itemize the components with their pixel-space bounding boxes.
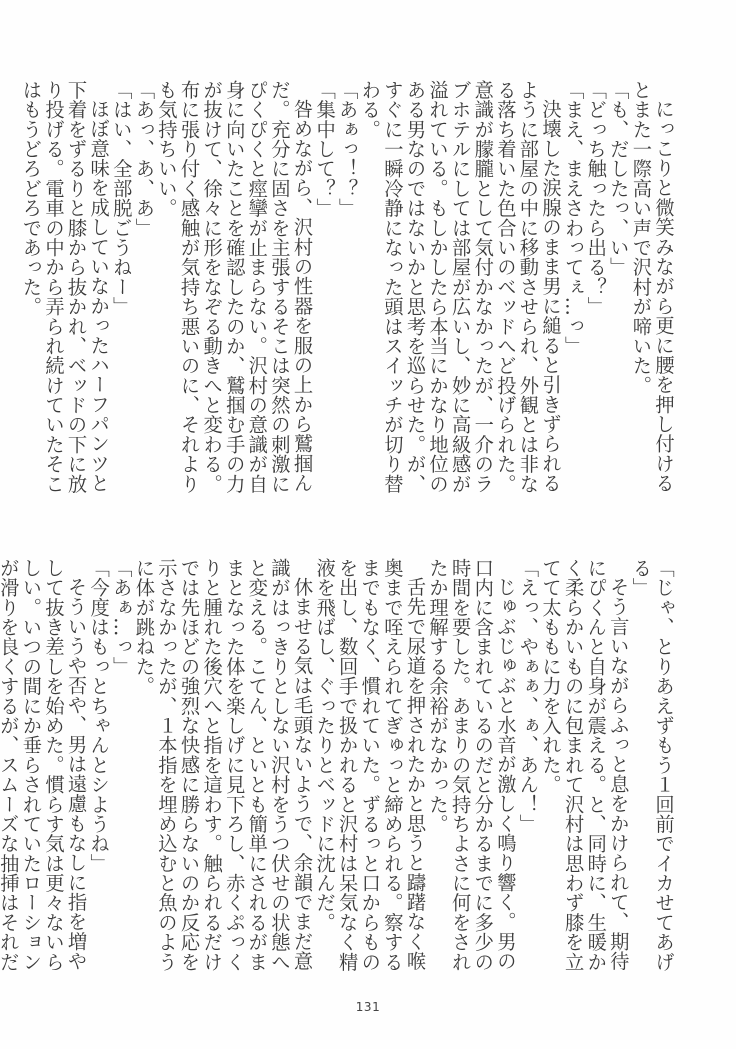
- text-block-top: にっこりと微笑みながら更に腰を押し付けるとまた一際高い声で沢村が啼いた。 「も、…: [84, 80, 674, 510]
- dialogue-line: 「あぁ…っ」: [109, 558, 132, 988]
- dialogue-line: 「どっち触ったら出る？」: [584, 80, 607, 510]
- paragraph: じゅぶじゅぶと水音が激しく鳴り響く。男の口内に含まれているのだと分かるまでに多少…: [425, 558, 515, 988]
- paragraph: 決壊した涙腺のまま男に縋ると引きずられるように部屋の中に移動させられ、外観とは非…: [358, 80, 561, 510]
- text-block-bottom: 「じゃ、とりあえずもう１回前でイカせてあげる」 そう言いながらふっと息をかけられ…: [84, 558, 674, 988]
- dialogue-line: 「あぁっ！？」: [335, 80, 358, 510]
- dialogue-line: 「も、だしたっ、い」: [606, 80, 629, 510]
- dialogue-line: 「まえ、まえさわってぇ…っ」: [561, 80, 584, 510]
- dialogue-line: 「はい、全部脱ごうねー」: [109, 80, 132, 510]
- paragraph: 舌先で尿道を押されたかと思うと躊躇なく喉奥まで咥えられてぎゅっと締められる。察す…: [313, 558, 426, 988]
- book-page: にっこりと微笑みながら更に腰を押し付けるとまた一際高い声で沢村が啼いた。 「も、…: [0, 0, 736, 1049]
- dialogue-line: 「集中して？」: [313, 80, 336, 510]
- paragraph: そういうや否や、男は遠慮もなしに指を増やして抜き差しを始めた。慣らす気は更々ない…: [0, 558, 87, 988]
- paragraph: 休ませる気は毛頭ないようで、余韻でまだ意識がはっきりとしない沢村をうつ伏せの状態…: [132, 558, 313, 988]
- paragraph: そう言いながらふっと息をかけられて、期待にぴくんと自身が震える。と、同時に、生暖…: [538, 558, 628, 988]
- dialogue-line: 「じゃ、とりあえずもう１回前でイカせてあげる」: [629, 558, 674, 988]
- dialogue-line: 「今度はもっとちゃんとシようね」: [87, 558, 110, 988]
- dialogue-line: 「えっ、やぁぁ、ぁ、あん！」: [516, 558, 539, 988]
- page-number: 131: [0, 1000, 736, 1014]
- paragraph: ほぼ意味を成していなかったハーフパンツと下着をずるりと膝から抜かれ、ベッドの下に…: [19, 80, 109, 510]
- dialogue-line: 「あっ、あ、あ」: [132, 80, 155, 510]
- paragraph: 咎めながら、沢村の性器を服の上から鷲掴んだ。充分に固さを主張するそこは突然の刺激…: [154, 80, 312, 510]
- paragraph: にっこりと微笑みながら更に腰を押し付けるとまた一際高い声で沢村が啼いた。: [629, 80, 674, 510]
